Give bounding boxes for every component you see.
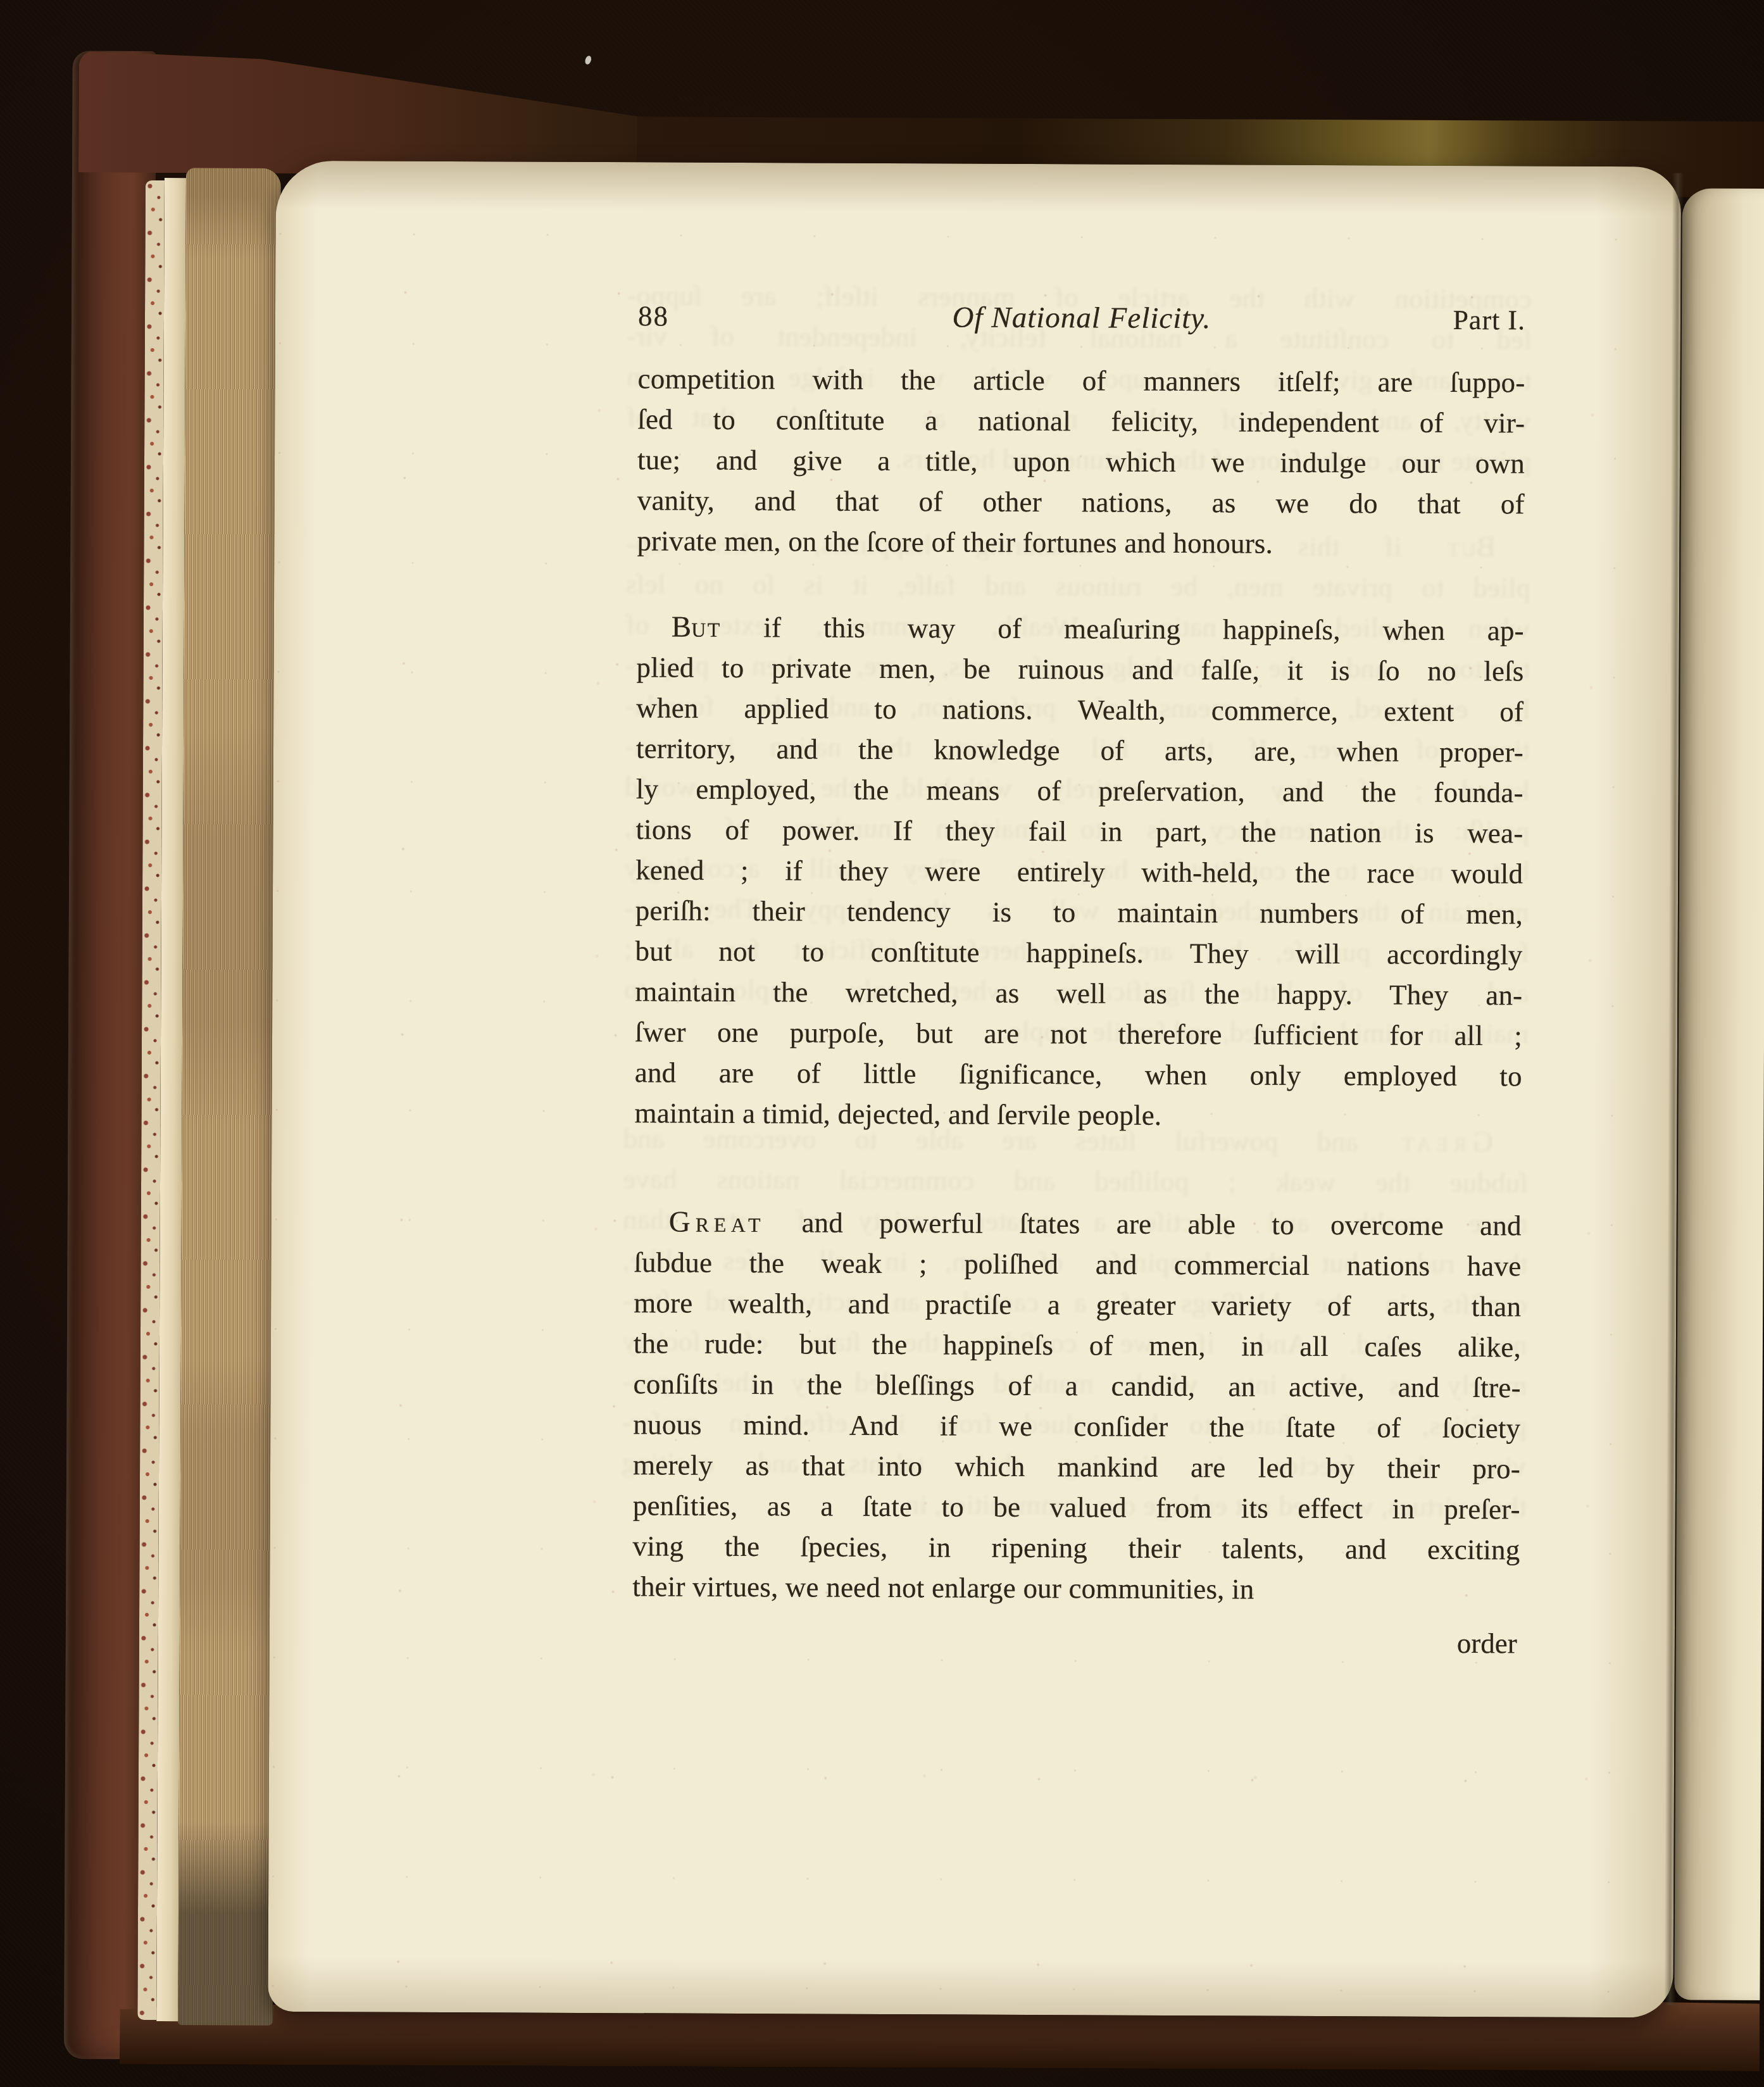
text-line: tions of power. If they fail in part, th… bbox=[635, 809, 1523, 853]
text-line: ſed to conſtitute a national felicity, i… bbox=[637, 399, 1525, 443]
text-line: vanity, and that of other nations, as we… bbox=[637, 480, 1525, 524]
text-line: maintain the wretched, as well as the ha… bbox=[635, 971, 1522, 1015]
text-column: 88 Of National Felicity. Part I. competi… bbox=[632, 299, 1525, 1660]
text-line: plied to private men, be ruinous and fal… bbox=[636, 647, 1523, 691]
text-line: maintain a timid, dejected, and ſervile … bbox=[634, 1093, 1522, 1137]
body-paragraph: Great and powerful ſtates are able to ov… bbox=[632, 1201, 1522, 1610]
text-line: Great and powerful ſtates are able to ov… bbox=[634, 1201, 1522, 1246]
book: competition with the article of manners … bbox=[0, 0, 1764, 2087]
text-line: and are of little ſignificance, when onl… bbox=[635, 1052, 1522, 1096]
text-line: tue; and give a title, upon which we ind… bbox=[637, 439, 1525, 484]
text-line: private men, on the ſcore of their fortu… bbox=[637, 520, 1524, 565]
page-number: 88 bbox=[638, 299, 669, 332]
text-line: kened ; if they were entirely with-held,… bbox=[635, 849, 1523, 894]
text-line: ly employed, the means of preſervation, … bbox=[636, 768, 1523, 813]
text-line: merely as that into which mankind are le… bbox=[633, 1445, 1520, 1489]
body-paragraph: But if this way of meaſuring happineſs, … bbox=[634, 606, 1524, 1137]
body-paragraph: competition with the article of manners … bbox=[637, 358, 1525, 565]
part-label: Part I. bbox=[1453, 304, 1525, 336]
text-line: the rude: but the happineſs of men, in a… bbox=[634, 1323, 1521, 1367]
line-text: and powerful ſtates are able to overcome… bbox=[765, 1206, 1522, 1241]
text-line: penſities, as a ſtate to be valued from … bbox=[633, 1485, 1520, 1529]
drop-capital: G bbox=[669, 1206, 696, 1239]
catchword-row: order bbox=[632, 1623, 1520, 1660]
text-line: their virtues, we need not enlarge our c… bbox=[632, 1566, 1520, 1610]
text-line: when applied to nations. Wealth, commerc… bbox=[636, 687, 1523, 732]
text-line: competition with the article of manners … bbox=[637, 358, 1525, 403]
text-line: territory, and the knowledge of arts, ar… bbox=[636, 728, 1523, 772]
text-line: periſh: their tendency is to maintain nu… bbox=[635, 890, 1523, 934]
facing-page-sliver bbox=[1674, 189, 1764, 2001]
text-line: But if this way of meaſuring happineſs, … bbox=[637, 606, 1524, 651]
text-line: more wealth, and practiſe a greater vari… bbox=[634, 1282, 1521, 1327]
running-title: Of National Felicity. bbox=[953, 300, 1211, 335]
text-line: conſiſts in the bleſſings of a candid, a… bbox=[634, 1363, 1521, 1408]
line-text: if this way of meaſuring happineſs, when… bbox=[721, 611, 1523, 647]
drop-capital: B bbox=[672, 611, 692, 644]
small-caps-word: ut bbox=[691, 611, 721, 643]
page-header: 88 Of National Felicity. Part I. bbox=[638, 299, 1525, 337]
text-line: ving the ſpecies, in ripening their tale… bbox=[632, 1526, 1520, 1570]
dust-speck bbox=[584, 55, 592, 65]
page-body: competition with the article of manners … bbox=[632, 358, 1525, 1610]
small-caps-word: reat bbox=[696, 1206, 766, 1238]
book-photo: competition with the article of manners … bbox=[0, 0, 1764, 2087]
catchword: order bbox=[1457, 1627, 1517, 1659]
text-line: ſubdue the weak ; poliſhed and commercia… bbox=[634, 1242, 1521, 1286]
text-line: nuous mind. And if we conſider the ſtate… bbox=[633, 1404, 1520, 1448]
text-line: but not to conſtitute happineſs. They wi… bbox=[635, 931, 1522, 975]
leather-cover-top bbox=[78, 51, 688, 175]
page-fore-edges bbox=[178, 168, 281, 2026]
text-line: ſwer one purpoſe, but are not therefore … bbox=[635, 1012, 1522, 1056]
